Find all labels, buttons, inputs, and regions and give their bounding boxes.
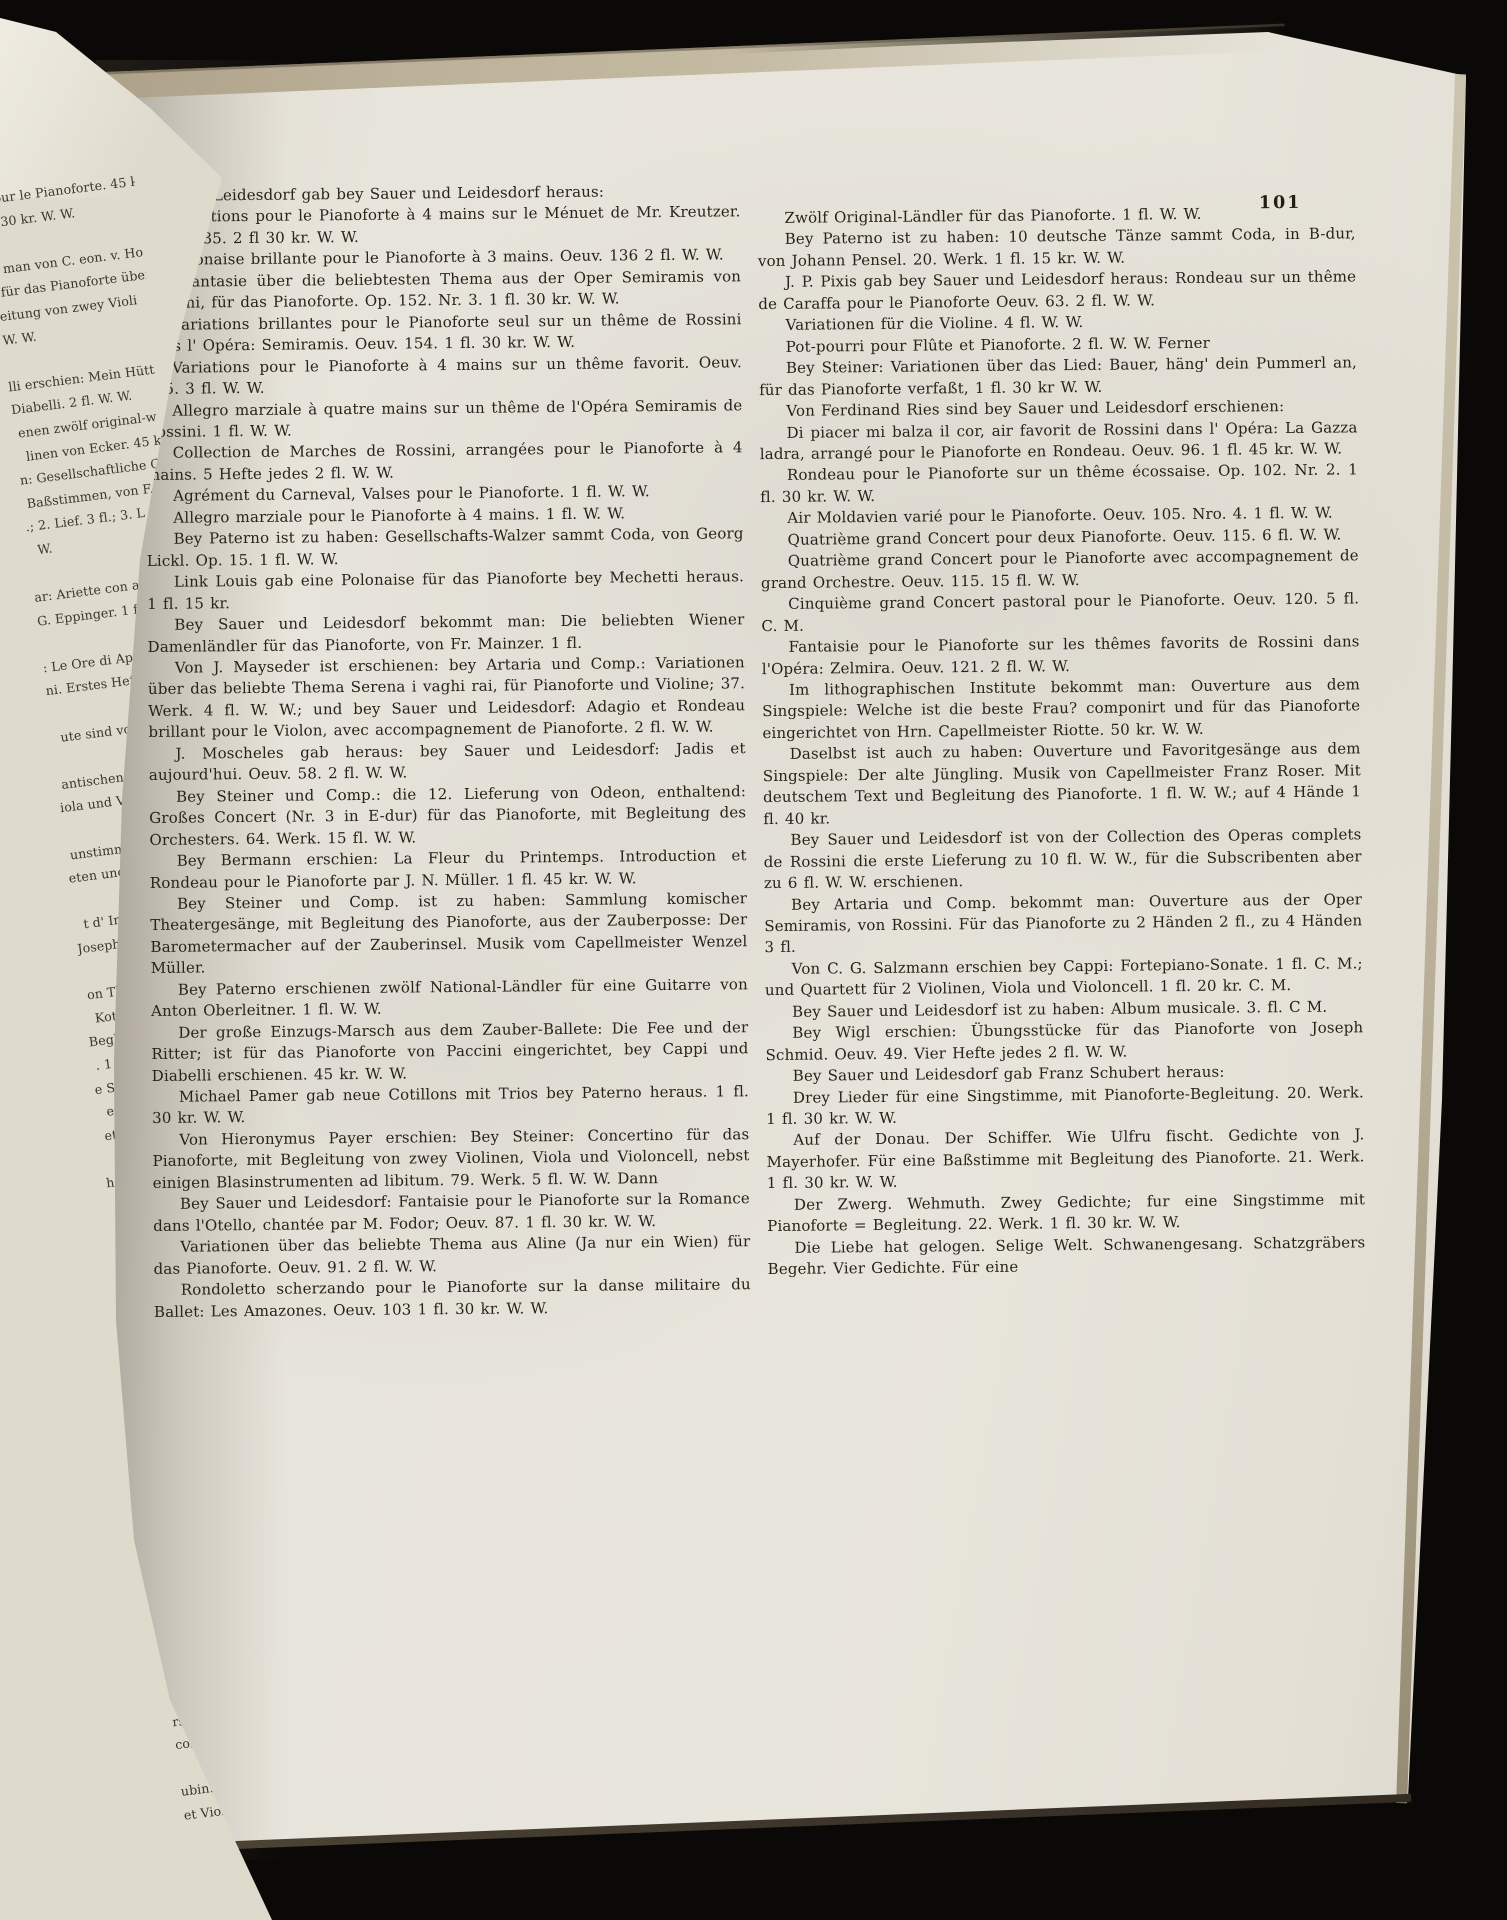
photo-background: M. J. Leidesdorf gab bey Sauer und Leide… [0,0,1507,1920]
catalog-entry: Bey Bermann erschien: La Fleur du Printe… [150,845,747,894]
catalog-entry: Variations brillantes pour le Pianoforte… [144,309,741,358]
catalog-entry: Variations pour le Pianoforte à 4 mains … [145,352,742,401]
catalog-entry: Der große Einzugs-Marsch aus dem Zauber-… [151,1017,749,1087]
page-header: 101 [757,156,1355,208]
catalog-entry: Quatrième grand Concert pour le Pianofor… [761,546,1359,595]
catalog-entry: Di piacer mi balza il cor, air favorit d… [759,417,1357,466]
catalog-entry: Bey Artaria und Comp. bekommt man: Ouver… [764,889,1363,959]
catalog-entry: Bey Steiner und Comp.: die 12. Lieferung… [149,781,747,851]
right-column-entries: Zwölf Original-Ländler für das Pianofort… [757,202,1365,1280]
catalog-entry: Von J. Mayseder ist erschienen: bey Arta… [148,652,746,744]
catalog-entry: Variationen über das beliebte Thema aus … [153,1231,750,1280]
catalog-entry: Collection de Marches de Rossini, arrang… [146,438,743,487]
catalog-entry: Allegro marziale à quatre mains sur un t… [145,395,742,444]
catalog-entry: Von Hieronymus Payer erschien: Bey Stein… [152,1124,750,1194]
catalog-entry: J. Moscheles gab heraus: bey Sauer und L… [149,738,746,787]
catalog-entry: Daselbst ist auch zu haben: Ouverture un… [763,739,1362,831]
catalog-entry: Bey Sauer und Leidesdorf: Fantaisie pour… [153,1189,750,1238]
catalog-entry: Variations pour le Pianoforte à 4 mains … [143,202,740,251]
catalog-entry: Fantaisie pour le Pianoforte sur les thê… [762,631,1360,680]
catalog-entry: Bey Sauer und Leidesdorf bekommt man: Di… [147,609,744,658]
catalog-entry: Die Liebe hat gelogen. Selige Welt. Schw… [767,1232,1365,1281]
right-column: 101 Zwölf Original-Ländler für das Piano… [757,156,1366,1317]
catalog-entry: Bey Paterno ist zu haben: 10 deutsche Tä… [758,224,1356,273]
catalog-entry: Von C. G. Salzmann erschien bey Cappi: F… [765,953,1363,1002]
catalog-entry: Der Zwerg. Wehmuth. Zwey Gedichte; fur e… [767,1189,1365,1238]
catalog-entry: Drey Lieder für eine Singstimme, mit Pia… [766,1082,1364,1131]
catalog-entry: Bey Paterno ist zu haben: Gesellschafts-… [146,524,743,573]
catalog-entry: Link Louis gab eine Polonaise für das Pi… [147,566,744,615]
left-column: M. J. Leidesdorf gab bey Sauer und Leide… [143,162,751,1323]
catalog-entry: Im lithographischen Institute bekommt ma… [762,674,1361,744]
catalog-entry: Rondeau pour le Pianoforte sur un thême … [760,460,1358,509]
text-columns: M. J. Leidesdorf gab bey Sauer und Leide… [143,156,1366,1323]
catalog-entry: J. P. Pixis gab bey Sauer und Leidesdorf… [758,267,1356,316]
catalog-entry: Phantasie über die beliebtesten Thema au… [144,266,741,315]
page-number: 101 [1259,193,1302,215]
catalog-entry: Bey Sauer und Leidesdorf ist von der Col… [763,824,1362,894]
catalog-entry: Bey Wigl erschien: Übungsstücke für das … [765,1018,1363,1067]
catalog-entry: Bey Steiner: Variationen über das Lied: … [759,353,1357,402]
catalog-entry: Auf der Donau. Der Schiffer. Wie Ulfru f… [766,1125,1365,1195]
catalog-entry: Michael Pamer gab neue Cotillons mit Tri… [152,1081,749,1130]
catalog-entry: Bey Paterno erschienen zwölf National-Lä… [151,974,748,1023]
page-content: M. J. Leidesdorf gab bey Sauer und Leide… [143,156,1366,1323]
catalog-entry: Rondoletto scherzando pour le Pianoforte… [154,1274,751,1323]
catalog-entry: Cinquième grand Concert pastoral pour le… [761,589,1359,638]
catalog-entry: Bey Steiner und Comp. ist zu haben: Samm… [150,888,748,980]
